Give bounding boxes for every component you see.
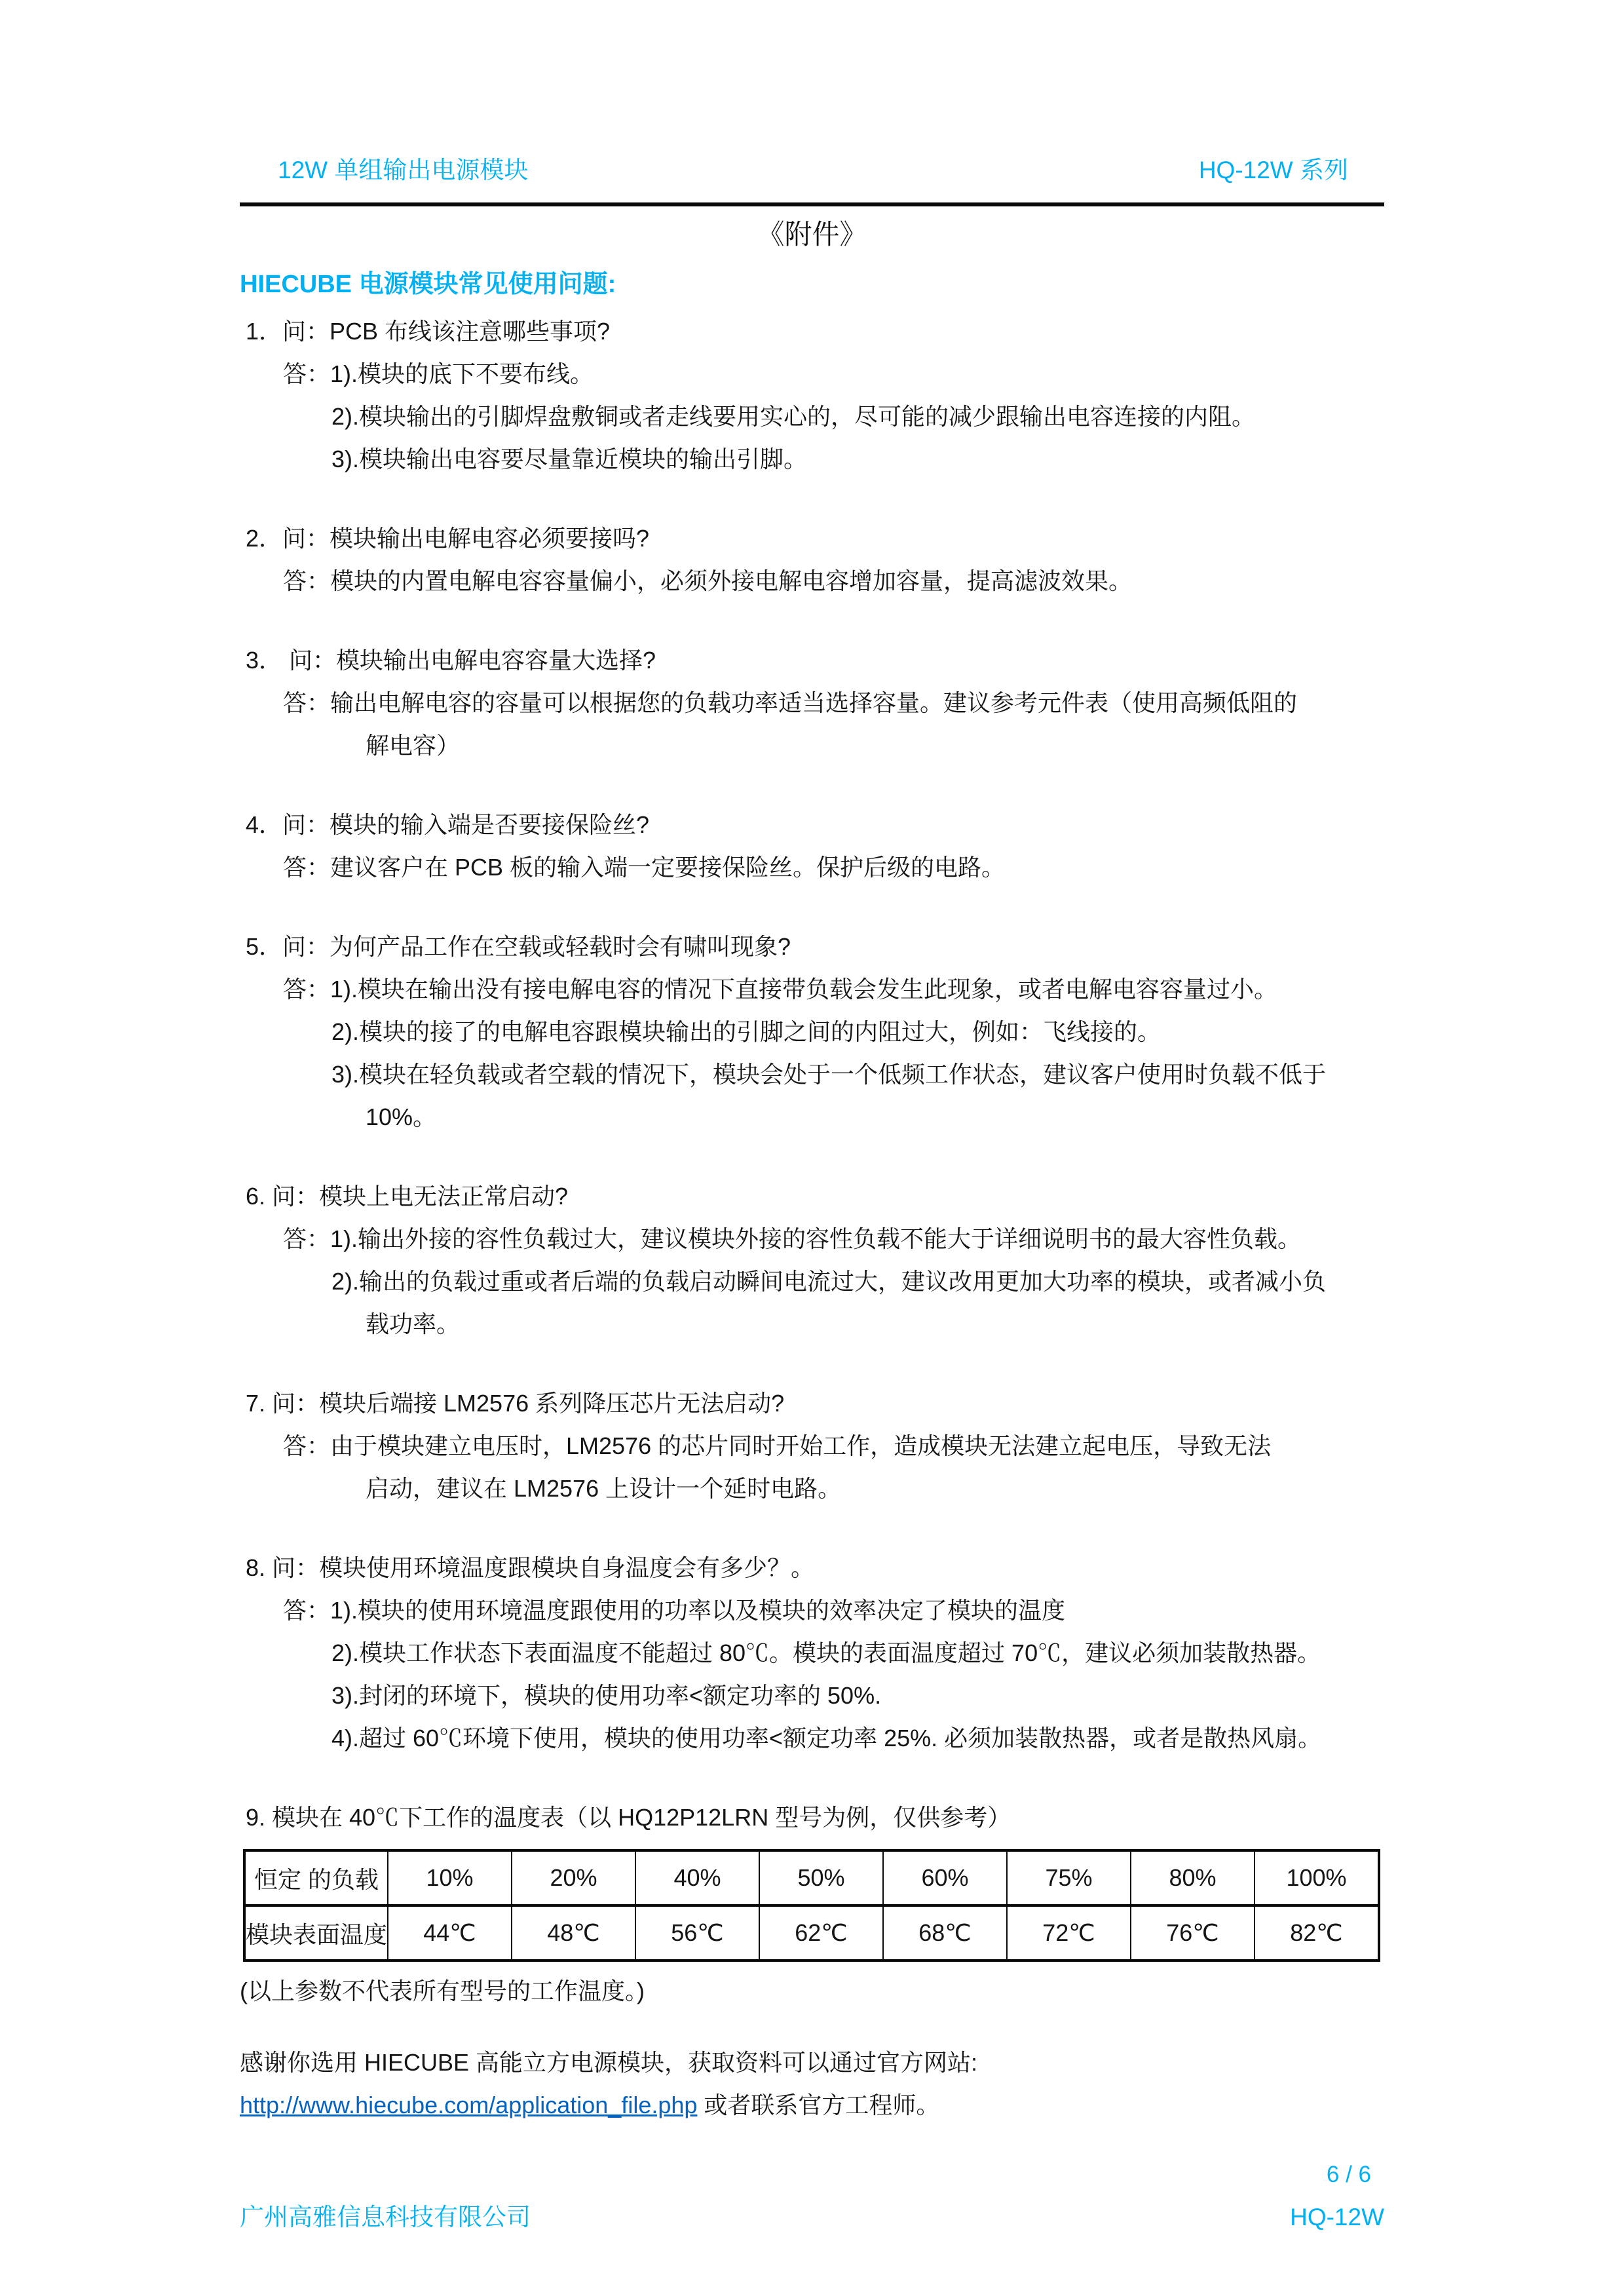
closing-link-line: http://www.hiecube.com/application_file.…: [240, 2084, 1384, 2126]
table-cell: 100%: [1255, 1850, 1379, 1905]
page-number: 6 / 6: [240, 2159, 1384, 2191]
table-cell: 模块表面温度: [244, 1905, 388, 1961]
table-row-temperature: 模块表面温度 44℃ 48℃ 56℃ 62℃ 68℃ 72℃ 76℃ 82℃: [244, 1905, 1379, 1961]
answer-line: 答：1).模块的使用环境温度跟使用的功率以及模块的效率决定了模块的温度: [240, 1589, 1384, 1632]
answer-line: 2).模块的接了的电解电容跟模块输出的引脚之间的内阻过大，例如：飞线接的。: [240, 1010, 1384, 1053]
question-line: 3． 问：模块输出电解电容容量大选择?: [240, 639, 1384, 681]
answer-line: 3).模块在轻负载或者空载的情况下，模块会处于一个低频工作状态，建议客户使用时负…: [240, 1053, 1384, 1096]
question-line: 4．问：模块的输入端是否要接保险丝?: [240, 803, 1384, 846]
answer-line: 2).模块工作状态下表面温度不能超过 80℃。模块的表面温度超过 70℃，建议必…: [240, 1632, 1384, 1674]
header-right-series: HQ-12W 系列: [1199, 150, 1348, 185]
faq-item-5: 5．问：为何产品工作在空载或轻载时会有啸叫现象? 答：1).模块在输出没有接电解…: [240, 925, 1384, 1138]
table-cell: 恒定 的负载: [244, 1850, 388, 1905]
table-cell: 10%: [388, 1850, 512, 1905]
footer-series: HQ-12W: [1290, 2201, 1384, 2234]
table-cell: 56℃: [635, 1905, 759, 1961]
answer-line: 解电容）: [240, 724, 1384, 767]
page-title: 《附件》: [240, 214, 1384, 255]
table-cell: 40%: [635, 1850, 759, 1905]
document-page: 12W 单组输出电源模块 HQ-12W 系列 《附件》 HIECUBE 电源模块…: [0, 0, 1624, 2296]
answer-line: 4).超过 60℃环境下使用，模块的使用功率<额定功率 25%. 必须加装散热器…: [240, 1717, 1384, 1759]
answer-line: 2).模块输出的引脚焊盘敷铜或者走线要用实心的，尽可能的减少跟输出电容连接的内阻…: [240, 395, 1384, 438]
answer-line: 2).输出的负载过重或者后端的负载启动瞬间电流过大，建议改用更加大功率的模块，或…: [240, 1260, 1384, 1303]
table-cell: 44℃: [388, 1905, 512, 1961]
answer-line: 答：建议客户在 PCB 板的输入端一定要接保险丝。保护后级的电路。: [240, 846, 1384, 889]
table-cell: 50%: [759, 1850, 883, 1905]
faq-item-4: 4．问：模块的输入端是否要接保险丝? 答：建议客户在 PCB 板的输入端一定要接…: [240, 803, 1384, 889]
answer-line: 启动，建议在 LM2576 上设计一个延时电路。: [240, 1467, 1384, 1510]
header-left-title: 12W 单组输出电源模块: [278, 150, 528, 185]
table-cell: 60%: [883, 1850, 1007, 1905]
faq-item-3: 3． 问：模块输出电解电容容量大选择? 答：输出电解电容的容量可以根据您的负载功…: [240, 639, 1384, 767]
answer-line: 答：1).模块的底下不要布线。: [240, 353, 1384, 395]
footer-company: 广州高雅信息科技有限公司: [240, 2201, 531, 2234]
question-line: 5．问：为何产品工作在空载或轻载时会有啸叫现象?: [240, 925, 1384, 968]
question-line: 6. 问：模块上电无法正常启动?: [240, 1175, 1384, 1217]
question-line: 2．问：模块输出电解电容必须要接吗?: [240, 517, 1384, 560]
page-footer: 广州高雅信息科技有限公司 HQ-12W: [240, 2201, 1384, 2234]
question-line: 8. 问：模块使用环境温度跟模块自身温度会有多少？。: [240, 1546, 1384, 1589]
answer-line: 答：输出电解电容的容量可以根据您的负载功率适当选择容量。建议参考元件表（使用高频…: [240, 681, 1384, 724]
table-cell: 82℃: [1255, 1905, 1379, 1961]
table-cell: 72℃: [1007, 1905, 1131, 1961]
question-line: 9. 模块在 40℃下工作的温度表（以 HQ12P12LRN 型号为例，仅供参考…: [240, 1796, 1384, 1839]
question-line: 7. 问：模块后端接 LM2576 系列降压芯片无法启动?: [240, 1382, 1384, 1425]
faq-item-7: 7. 问：模块后端接 LM2576 系列降压芯片无法启动? 答：由于模块建立电压…: [240, 1382, 1384, 1510]
faq-item-6: 6. 问：模块上电无法正常启动? 答：1).输出外接的容性负载过大，建议模块外接…: [240, 1175, 1384, 1345]
page-header: 12W 单组输出电源模块 HQ-12W 系列: [240, 154, 1384, 185]
table-note: (以上参数不代表所有型号的工作温度。): [240, 1970, 1384, 2012]
answer-line: 3).封闭的环境下，模块的使用功率<额定功率的 50%.: [240, 1674, 1384, 1717]
table-cell: 62℃: [759, 1905, 883, 1961]
closing-block: 感谢你选用 HIECUBE 高能立方电源模块，获取资料可以通过官方网站: htt…: [240, 2041, 1384, 2126]
table-cell: 48℃: [512, 1905, 635, 1961]
answer-line: 答：由于模块建立电压时，LM2576 的芯片同时开始工作，造成模块无法建立起电压…: [240, 1425, 1384, 1467]
faq-item-1: 1．问：PCB 布线该注意哪些事项? 答：1).模块的底下不要布线。 2).模块…: [240, 310, 1384, 480]
website-link[interactable]: http://www.hiecube.com/application_file.…: [240, 2092, 697, 2118]
faq-item-2: 2．问：模块输出电解电容必须要接吗? 答：模块的内置电解电容容量偏小，必须外接电…: [240, 517, 1384, 602]
table-cell: 68℃: [883, 1905, 1007, 1961]
header-divider: [240, 202, 1384, 206]
answer-line: 载功率。: [240, 1303, 1384, 1345]
answer-line: 3).模块输出电容要尽量靠近模块的输出引脚。: [240, 438, 1384, 480]
section-heading: HIECUBE 电源模块常见使用问题:: [240, 265, 1384, 303]
faq-item-8: 8. 问：模块使用环境温度跟模块自身温度会有多少？。 答：1).模块的使用环境温…: [240, 1546, 1384, 1759]
closing-thanks: 感谢你选用 HIECUBE 高能立方电源模块，获取资料可以通过官方网站:: [240, 2041, 1384, 2084]
answer-line: 答：1).输出外接的容性负载过大，建议模块外接的容性负载不能大于详细说明书的最大…: [240, 1217, 1384, 1260]
answer-line: 10%。: [240, 1096, 1384, 1138]
faq-item-9: 9. 模块在 40℃下工作的温度表（以 HQ12P12LRN 型号为例，仅供参考…: [240, 1796, 1384, 2012]
table-cell: 80%: [1131, 1850, 1255, 1905]
table-cell: 75%: [1007, 1850, 1131, 1905]
answer-line: 答：模块的内置电解电容容量偏小，必须外接电解电容增加容量，提高滤波效果。: [240, 560, 1384, 602]
question-line: 1．问：PCB 布线该注意哪些事项?: [240, 310, 1384, 353]
link-suffix-text: 或者联系官方工程师。: [697, 2092, 939, 2118]
temperature-table: 恒定 的负载 10% 20% 40% 50% 60% 75% 80% 100% …: [243, 1849, 1380, 1962]
table-cell: 20%: [512, 1850, 635, 1905]
table-row-load: 恒定 的负载 10% 20% 40% 50% 60% 75% 80% 100%: [244, 1850, 1379, 1905]
table-cell: 76℃: [1131, 1905, 1255, 1961]
answer-line: 答：1).模块在输出没有接电解电容的情况下直接带负载会发生此现象，或者电解电容容…: [240, 968, 1384, 1010]
